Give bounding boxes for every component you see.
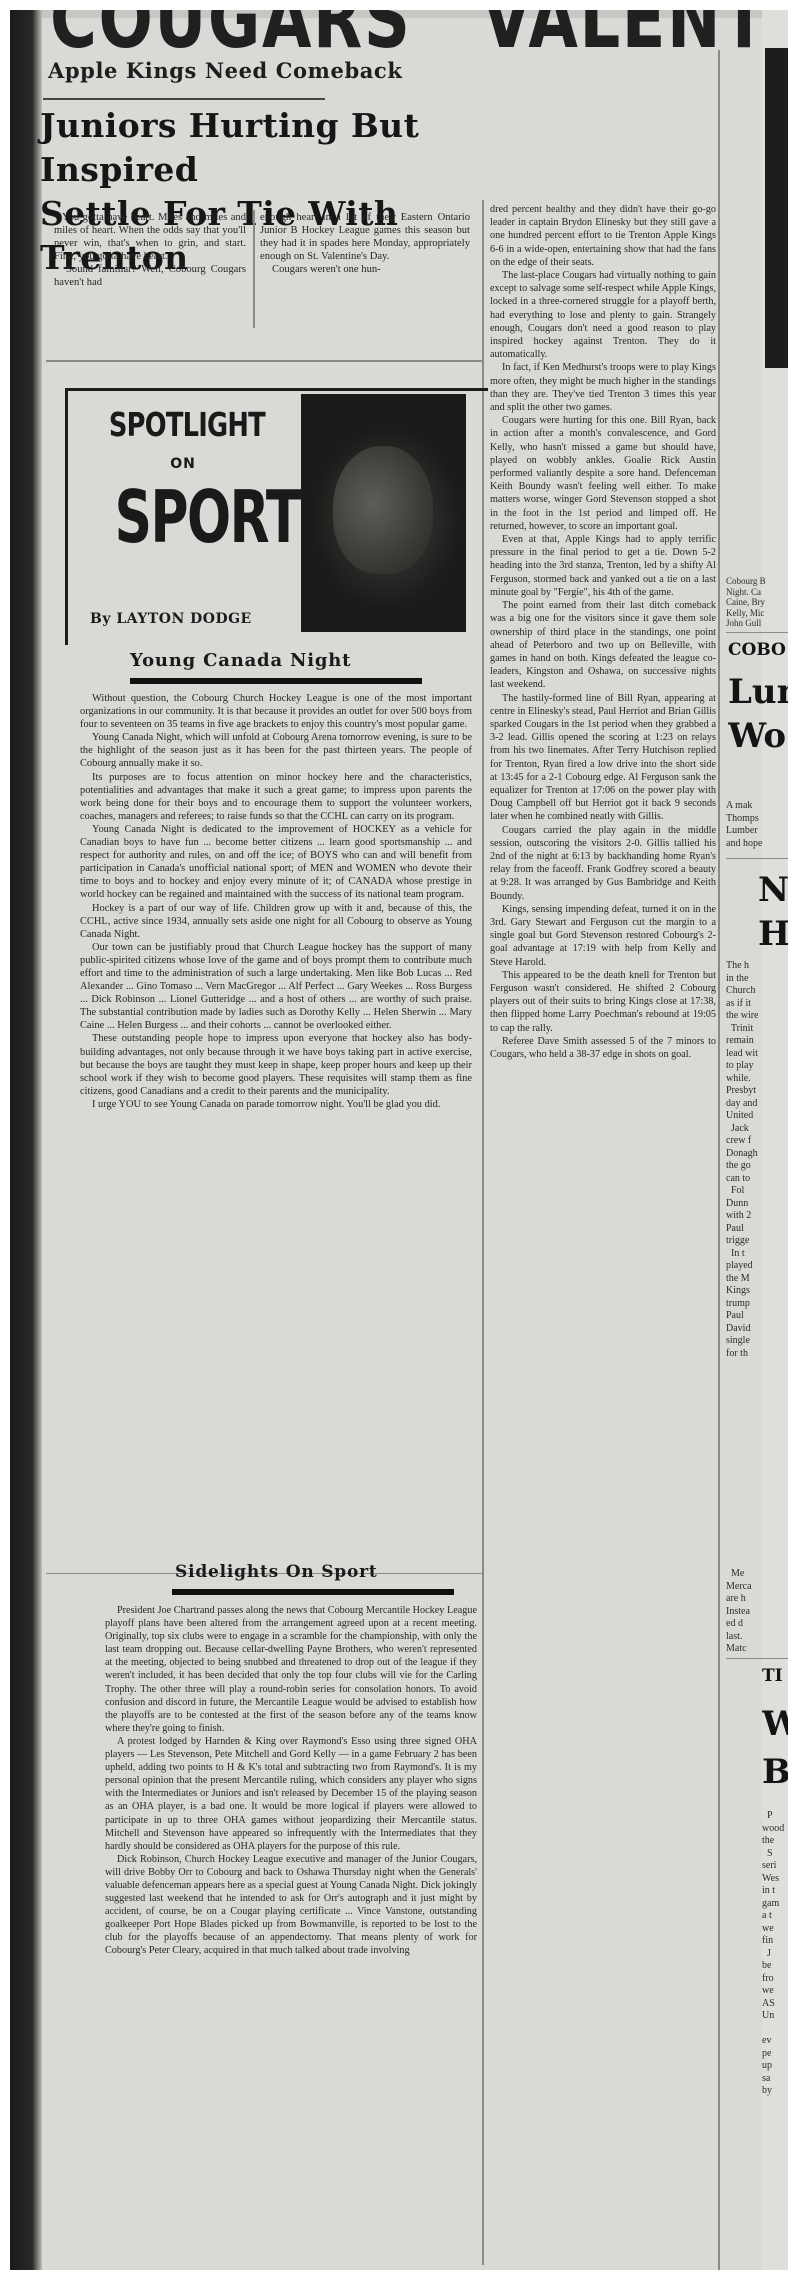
column-paragraph: Young Canada Night is dedicated to the i… [80,823,472,902]
story-paragraph: enough heart in a lot of their Eastern O… [260,211,470,263]
story-paragraph: This appeared to be the death knell for … [490,969,716,1035]
adjacent-headline-3: W B [762,1700,788,1796]
column-paragraph: Hockey is a part of our way of life. Chi… [80,902,472,941]
story-paragraph: The point earned from their last ditch c… [490,599,716,691]
story-column-2: enough heart in a lot of their Eastern O… [260,211,470,276]
column-title: SPOTLIGHT ON SPORTS [88,405,278,556]
page-bottom-margin [0,2270,800,2290]
adjacent-headline-2: N H [758,868,788,956]
adjacent-photo [765,48,788,368]
sidelights-text: President Joe Chartrand passes along the… [105,1604,477,1958]
column-title-on: ON [88,456,278,472]
kicker-headline: Apple Kings Need Comeback [48,58,402,83]
story-column-1: You gotta have heart. Miles and miles an… [54,211,246,290]
banner-headline-right: VALENT [482,10,768,67]
column-paragraph: President Joe Chartrand passes along the… [105,1604,477,1735]
adjacent-text-3: Me Merca are h Instea ed d last. Matc [726,1568,788,1656]
adjacent-headline-line: N [758,868,788,912]
adjacent-headline-line: Wo [728,714,788,758]
story-paragraph: Even at that, Apple Kings had to apply t… [490,533,716,599]
column-paragraph: Young Canada Night, which will unfold at… [80,731,472,770]
column-title-spotlight: SPOTLIGHT [109,405,257,444]
adjacent-headline-line: H [758,912,788,956]
story-paragraph: dred percent healthy and they didn't hav… [490,203,716,269]
main-headline-line-1: Juniors Hurting But Inspired [40,104,480,192]
section-heading-bar [130,678,422,684]
story-paragraph: Cougars were hurting for this one. Bill … [490,414,716,533]
story-paragraph: Cougars weren't one hun- [260,263,470,276]
column-paragraph: I urge YOU to see Young Canada on parade… [80,1098,472,1111]
column-rule [253,210,255,328]
column-rule [718,50,720,2270]
story-paragraph: You gotta have heart. Miles and miles an… [54,211,246,263]
story-paragraph: In fact, if Ken Medhurst's troops were t… [490,361,716,414]
story-paragraph: Kings, sensing impending defeat, turned … [490,903,716,969]
kicker-rule [43,98,325,100]
adjacent-photo-caption: Cobourg B Night. Ca Caine, Bry Kelly, Mi… [726,576,788,629]
adjacent-section-tag-2: TI [762,1666,788,1686]
adjacent-headline-line: W [762,1700,788,1748]
column-paragraph: A protest lodged by Harnden & King over … [105,1735,477,1853]
columnist-photo [301,394,466,632]
adjacent-divider [726,1658,788,1659]
column-title-sports: SPORTS [115,478,252,556]
adjacent-text-1: A mak Thomps Lumber and hope [726,800,788,850]
adjacent-headline-1: Lun Wo [728,670,788,758]
adjacent-divider [726,632,788,633]
story-paragraph: The hastily-formed line of Bill Ryan, ap… [490,692,716,824]
adjacent-headline-line: B [762,1748,788,1796]
portrait-face [333,446,433,574]
section-heading-bar [172,1589,454,1595]
section-heading-sidelights: Sidelights On Sport [175,1562,378,1582]
adjacent-text-2: The h in the Church as if it the wire Tr… [726,960,788,1360]
section-heading-young-canada-night: Young Canada Night [130,650,351,671]
adjacent-headline-line: Lun [728,670,788,714]
section-divider [46,360,484,362]
newspaper-page: COUGARSVALENT Apple Kings Need Comeback … [0,0,800,2290]
young-canada-night-text: Without question, the Cobourg Church Hoc… [80,692,472,1111]
column-paragraph: Without question, the Cobourg Church Hoc… [80,692,472,731]
story-paragraph: The last-place Cougars had virtually not… [490,269,716,361]
cut-off-banner-headlines: COUGARSVALENT [50,10,619,52]
column-paragraph: These outstanding people hope to impress… [80,1032,472,1097]
scanned-clipping: COUGARSVALENT Apple Kings Need Comeback … [10,10,788,2280]
byline: By LAYTON DODGE [90,611,252,627]
adjacent-text-4: P wood the S seri Wes in t gam a t we fi… [762,1810,788,2098]
story-column-3: dred percent healthy and they didn't hav… [490,203,716,1061]
story-paragraph: Referee Dave Smith assessed 5 of the 7 m… [490,1035,716,1061]
adjacent-section-tag: COBO [728,640,788,660]
story-paragraph: Cougars carried the play again in the mi… [490,824,716,903]
story-paragraph: Sound familiar? Well, Cobourg Cougars ha… [54,263,246,289]
column-paragraph: Dick Robinson, Church Hockey League exec… [105,1853,477,1958]
column-paragraph: Its purposes are to focus attention on m… [80,771,472,823]
scan-dark-edge [10,10,42,2280]
column-paragraph: Our town can be justifiably proud that C… [80,941,472,1033]
adjacent-divider [726,858,788,859]
